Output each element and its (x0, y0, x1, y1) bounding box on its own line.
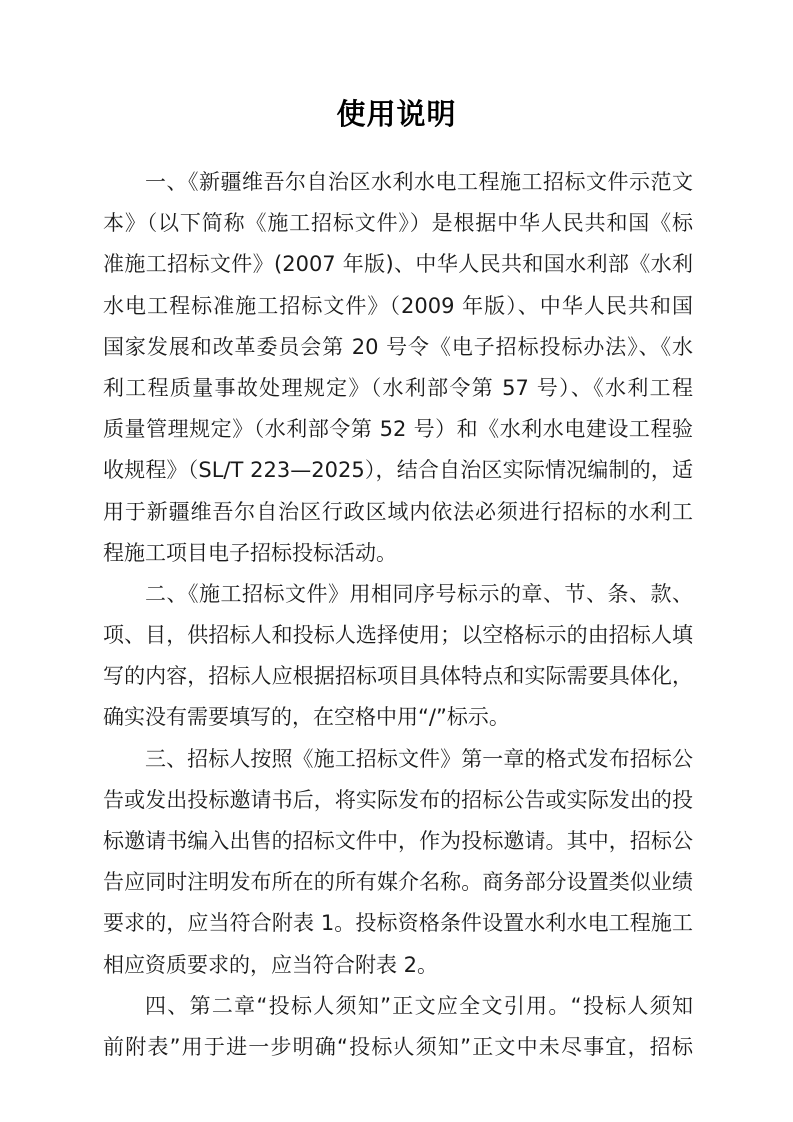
text-line: 程施工项目电子招标投标活动。 (103, 533, 693, 574)
text-line: 本》（以下简称《施工招标文件》）是根据中华人民共和国《标 (103, 203, 693, 244)
paragraph-2: 二、《施工招标文件》用相同序号标示的章、节、条、款、 项、目，供招标人和投标人选… (103, 574, 693, 739)
text-line: 水电工程标准施工招标文件》（2009 年版）、中华人民共和国 (103, 286, 693, 327)
paragraph-3: 三、招标人按照《施工招标文件》第一章的格式发布招标公 告或发出投标邀请书后，将实… (103, 739, 693, 986)
page-title: 使用说明 (0, 94, 793, 134)
paragraph-1: 一、《新疆维吾尔自治区水利水电工程施工招标文件示范文 本》（以下简称《施工招标文… (103, 162, 693, 574)
text-line: 告应同时注明发布所在的所有媒介名称。商务部分设置类似业绩 (103, 862, 693, 903)
document-page: 使用说明 一、《新疆维吾尔自治区水利水电工程施工招标文件示范文 本》（以下简称《… (0, 0, 793, 1122)
text-line: 标邀请书编入出售的招标文件中，作为投标邀请。其中，招标公 (103, 821, 693, 862)
text-line: 项、目，供招标人和投标人选择使用；以空格标示的由招标人填 (103, 615, 693, 656)
text-line: 利工程质量事故处理规定》（水利部令第 57 号）、《水利工程 (103, 368, 693, 409)
text-line: 三、招标人按照《施工招标文件》第一章的格式发布招标公 (103, 739, 693, 780)
text-line: 告或发出投标邀请书后，将实际发布的招标公告或实际发出的投 (103, 780, 693, 821)
text-line: 四、第二章“投标人须知”正文应全文引用。“投标人须知 (103, 986, 693, 1027)
text-line: 确实没有需要填写的，在空格中用“/”标示。 (103, 697, 693, 738)
text-line: 质量管理规定》（水利部令第 52 号）和《水利水电建设工程验 (103, 409, 693, 450)
text-line: 一、《新疆维吾尔自治区水利水电工程施工招标文件示范文 (103, 162, 693, 203)
text-line: 收规程》（SL/T 223—2025），结合自治区实际情况编制的，适 (103, 450, 693, 491)
text-line: 准施工招标文件》(2007 年版)、中华人民共和国水利部《水利 (103, 244, 693, 285)
text-line: 用于新疆维吾尔自治区行政区域内依法必须进行招标的水利工 (103, 492, 693, 533)
paragraph-4: 四、第二章“投标人须知”正文应全文引用。“投标人须知 前附表”用于进一步明确“投… (103, 986, 693, 1068)
text-line: 要求的，应当符合附表 1。投标资格条件设置水利水电工程施工 (103, 903, 693, 944)
text-line: 相应资质要求的，应当符合附表 2。 (103, 945, 693, 986)
text-line: 二、《施工招标文件》用相同序号标示的章、节、条、款、 (103, 574, 693, 615)
document-body: 一、《新疆维吾尔自治区水利水电工程施工招标文件示范文 本》（以下简称《施工招标文… (103, 162, 693, 1068)
text-line: 写的内容，招标人应根据招标项目具体特点和实际需要具体化， (103, 656, 693, 697)
page-number: 1 (0, 1038, 793, 1053)
text-line: 国家发展和改革委员会第 20 号令《电子招标投标办法》、《水 (103, 327, 693, 368)
